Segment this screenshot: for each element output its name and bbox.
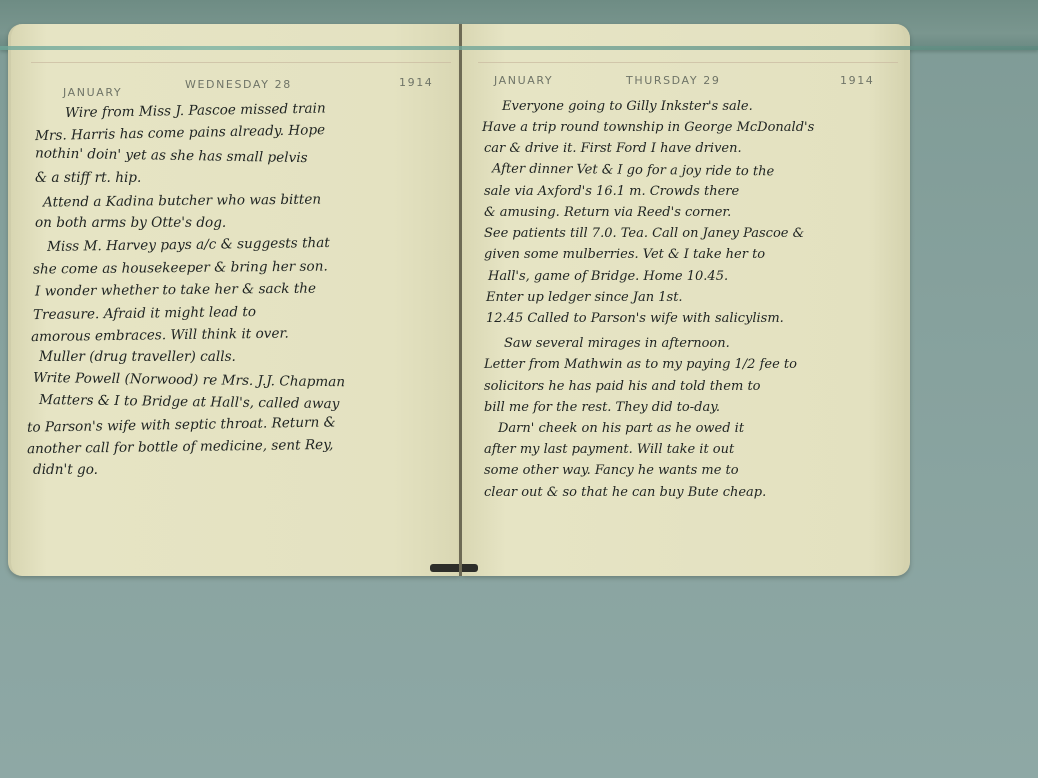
entry-line: Enter up ledger since Jan 1st. bbox=[482, 287, 814, 308]
entry-line: Attend a Kadina butcher who was bitten bbox=[23, 188, 345, 214]
entry-line: on both arms by Otte's dog. bbox=[23, 212, 345, 234]
diary-spine-foot bbox=[430, 564, 478, 572]
entry-line: amorous embraces. Will think it over. bbox=[23, 322, 345, 349]
entry-line: clear out & so that he can buy Bute chea… bbox=[482, 482, 814, 503]
diary-page-right: JANUARY THURSDAY 29 1914 Everyone going … bbox=[462, 24, 910, 576]
entry-line: Saw several mirages in afternoon. bbox=[482, 333, 814, 354]
header-weekday-day: WEDNESDAY 28 bbox=[185, 78, 292, 91]
entry-line: Muller (drug traveller) calls. bbox=[23, 346, 345, 368]
diary-spread: JANUARY WEDNESDAY 28 1914 Wire from Miss… bbox=[8, 24, 910, 576]
diary-entry-right: Everyone going to Gilly Inkster's sale. … bbox=[482, 96, 814, 503]
page-top-rule bbox=[478, 62, 898, 63]
entry-line: bill me for the rest. They did to-day. bbox=[482, 397, 814, 418]
entry-line: & amusing. Return via Reed's corner. bbox=[482, 202, 814, 223]
entry-line: sale via Axford's 16.1 m. Crowds there bbox=[482, 181, 814, 202]
entry-line: See patients till 7.0. Tea. Call on Jane… bbox=[482, 223, 814, 244]
header-month: JANUARY bbox=[494, 74, 553, 87]
entry-line: Darn' cheek on his part as he owed it bbox=[482, 418, 814, 439]
header-year: 1914 bbox=[840, 74, 874, 87]
entry-line: & a stiff rt. hip. bbox=[23, 167, 345, 189]
diary-entry-left: Wire from Miss J. Pascoe missed train Mr… bbox=[23, 100, 345, 481]
entry-line: another call for bottle of medicine, sen… bbox=[23, 434, 345, 461]
entry-line: nothin' doin' yet as she has small pelvi… bbox=[23, 142, 345, 170]
entry-line: Everyone going to Gilly Inkster's sale. bbox=[482, 96, 814, 117]
entry-line: some other way. Fancy he wants me to bbox=[482, 460, 814, 481]
page-top-rule bbox=[31, 62, 451, 63]
glass-plate-edge bbox=[0, 46, 1038, 50]
diary-page-left: JANUARY WEDNESDAY 28 1914 Wire from Miss… bbox=[8, 24, 460, 576]
diary-spine bbox=[459, 24, 462, 576]
entry-line: 12.45 Called to Parson's wife with salic… bbox=[482, 308, 814, 329]
header-weekday-day: THURSDAY 29 bbox=[626, 74, 720, 87]
header-year: 1914 bbox=[399, 76, 433, 89]
entry-line: given some mulberries. Vet & I take her … bbox=[482, 244, 814, 265]
entry-line: Hall's, game of Bridge. Home 10.45. bbox=[482, 266, 814, 287]
entry-line: After dinner Vet & I go for a joy ride t… bbox=[482, 158, 814, 183]
entry-line: after my last payment. Will take it out bbox=[482, 439, 814, 460]
entry-line: solicitors he has paid his and told them… bbox=[482, 376, 814, 397]
page-header-left: JANUARY WEDNESDAY 28 1914 bbox=[11, 80, 463, 98]
header-month: JANUARY bbox=[63, 86, 122, 99]
entry-line: car & drive it. First Ford I have driven… bbox=[482, 138, 814, 159]
entry-line: didn't go. bbox=[23, 459, 345, 481]
entry-line: Have a trip round township in George McD… bbox=[482, 117, 814, 138]
entry-line: Letter from Mathwin as to my paying 1/2 … bbox=[482, 354, 814, 375]
